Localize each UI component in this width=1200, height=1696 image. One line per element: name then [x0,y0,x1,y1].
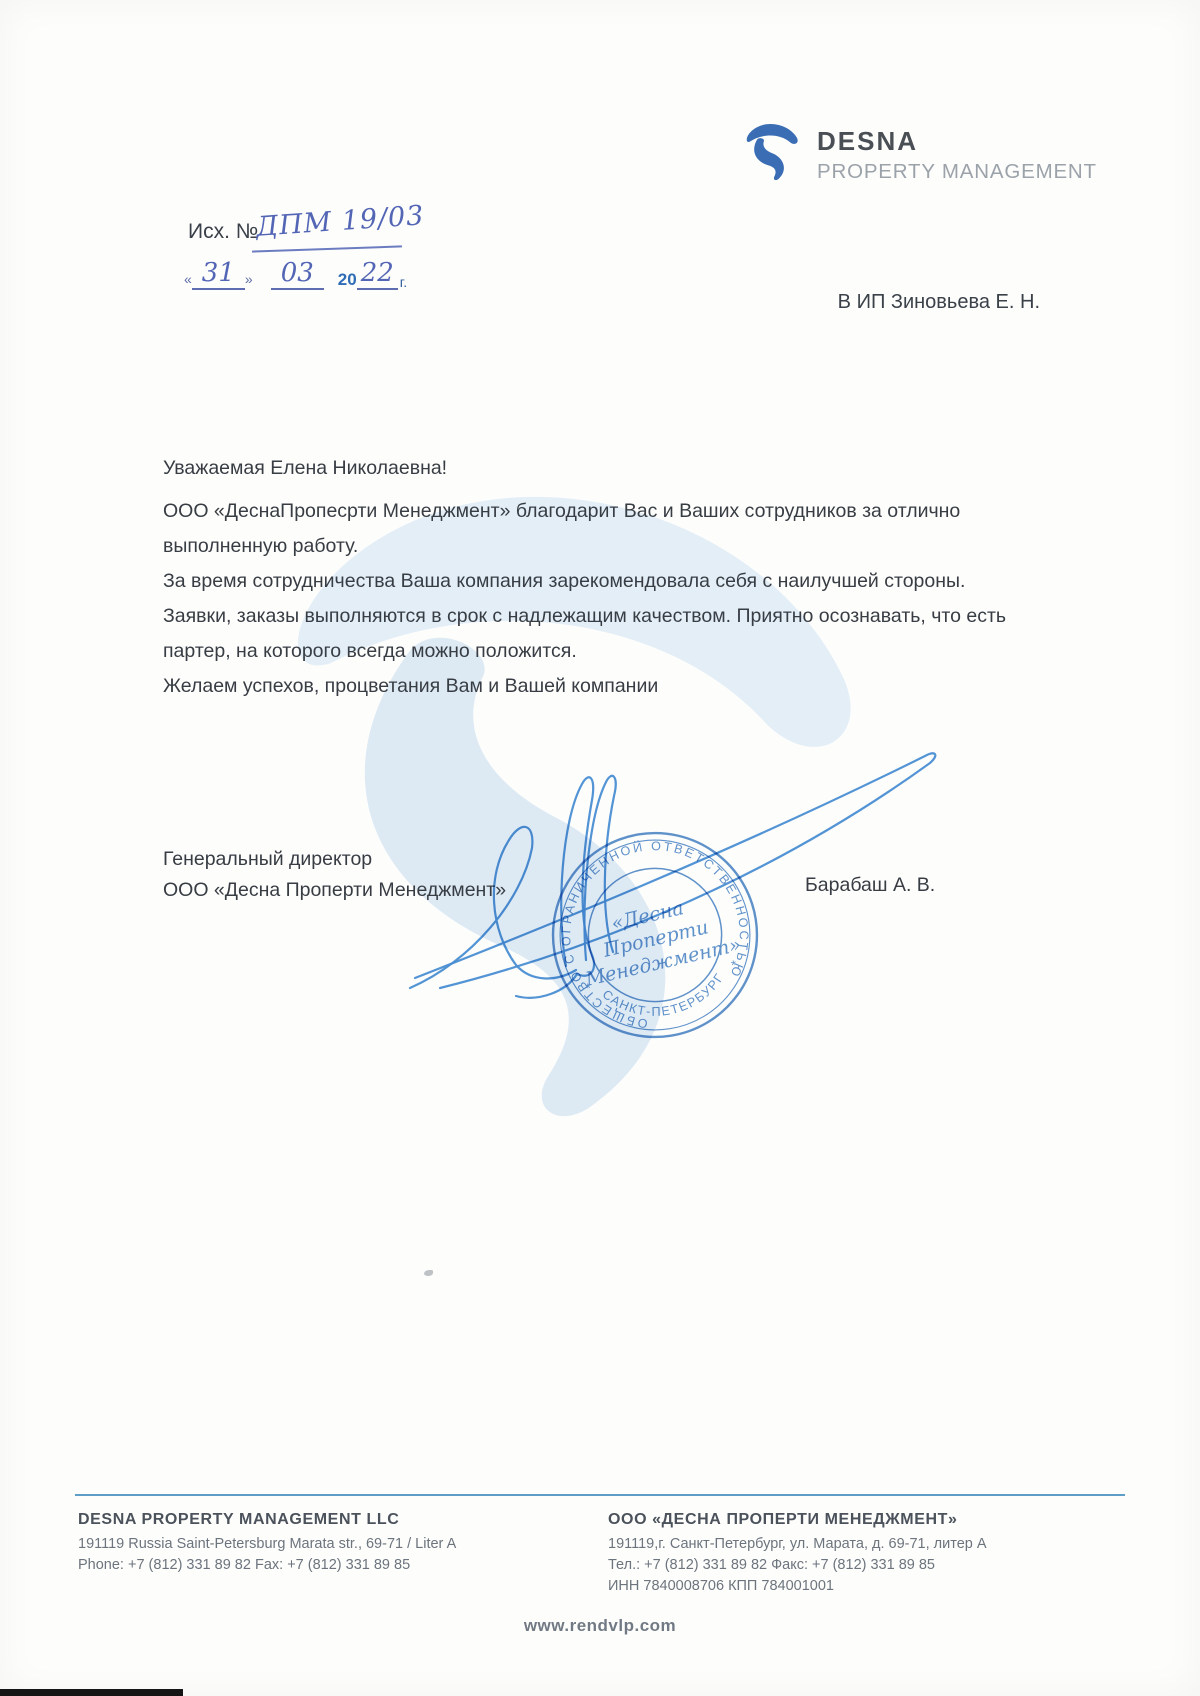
date-month-handwritten: 03 [271,258,324,290]
pen-signature [380,728,960,1018]
logo-company-subtitle: PROPERTY MANAGEMENT [817,160,1097,184]
footer-english-block: DESNA PROPERTY MANAGEMENT LLC 191119 Rus… [78,1511,456,1576]
footer-en-company: DESNA PROPERTY MANAGEMENT LLC [78,1511,456,1529]
date-year-suffix: г. [400,274,407,290]
date-day-handwritten: 31 [192,258,245,290]
footer-russian-block: ООО «ДЕСНА ПРОПЕРТИ МЕНЕДЖМЕНТ» 191119,г… [608,1511,987,1597]
logo-swoosh-icon [738,118,804,182]
paragraph-2: За время сотрудничества Ваша компания за… [163,564,1031,599]
scan-artifact-speck [424,1270,433,1276]
date-line: « 31 » 03 20 22 г. [184,258,407,290]
ref-underline [252,245,402,252]
date-century-printed: 20 [338,270,357,290]
scanned-letter-page: DESNA PROPERTY MANAGEMENT Исх. № ДПМ 19/… [0,0,1200,1696]
scan-artifact-bar [0,1689,183,1696]
website-url: www.rendvlp.com [0,1616,1200,1636]
footer-ru-inn: ИНН 7840008706 КПП 784001001 [608,1576,987,1597]
date-quote-close: » [245,271,253,287]
date-quote-open: « [184,271,192,287]
paragraph-1: ООО «ДеснаПропесрти Менеджмент» благодар… [163,494,1031,564]
footer-en-phone: Phone: +7 (812) 331 89 82 Fax: +7 (812) … [78,1555,456,1576]
logo-text: DESNA PROPERTY MANAGEMENT [817,118,1097,184]
footer-ru-phone: Тел.: +7 (812) 331 89 82 Факс: +7 (812) … [608,1555,987,1576]
company-logo: DESNA PROPERTY MANAGEMENT [738,118,1097,184]
salutation: Уважаемая Елена Николаевна! [163,451,1031,486]
date-year-handwritten: 22 [357,258,398,290]
logo-company-name: DESNA [817,126,1097,157]
footer-divider [75,1494,1125,1496]
footer-ru-company: ООО «ДЕСНА ПРОПЕРТИ МЕНЕДЖМЕНТ» [608,1511,987,1529]
addressee: В ИП Зиновьева Е. Н. [640,291,1040,314]
outgoing-ref-number-handwritten: ДПМ 19/03 [255,200,425,243]
letter-body: Уважаемая Елена Николаевна! ООО «ДеснаПр… [163,451,1031,704]
paragraph-4: Желаем успехов, процветания Вам и Вашей … [163,669,1031,704]
footer-en-address: 191119 Russia Saint-Petersburg Marata st… [78,1534,456,1555]
outgoing-ref-label: Исх. № [188,220,258,244]
footer-ru-address: 191119,г. Санкт-Петербург, ул. Марата, д… [608,1534,987,1555]
paragraph-3: Заявки, заказы выполняются в срок с надл… [163,599,1031,669]
